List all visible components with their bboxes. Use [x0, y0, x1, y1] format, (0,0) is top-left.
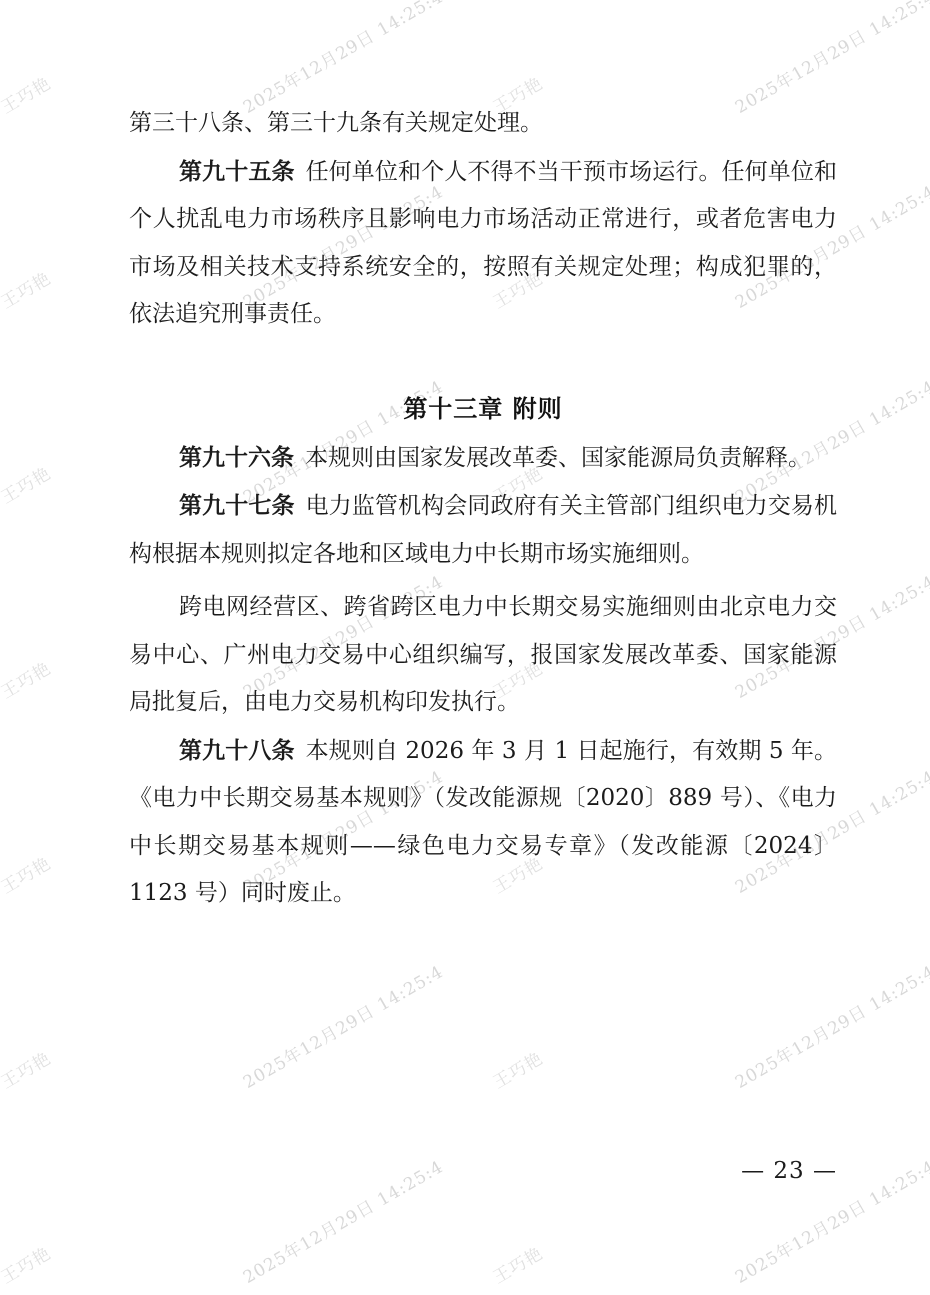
- watermark-name: 王巧艳: [0, 459, 55, 508]
- article-number: 第九十六条: [179, 444, 294, 471]
- watermark-name: 王巧艳: [488, 1044, 547, 1093]
- page-number: — 23 —: [741, 1158, 837, 1184]
- implementation-paragraph: 跨电网经营区、跨省跨区电力中长期交易实施细则由北京电力交易中心、广州电力交易中心…: [129, 584, 837, 727]
- article-number: 第九十七条: [179, 492, 295, 519]
- paragraph-text: 第三十八条、第三十九条有关规定处理。: [129, 110, 543, 136]
- watermark-timestamp: 2025年12月29日 14:25:4: [238, 958, 447, 1093]
- watermark-timestamp: 2025年12月29日 14:25:4: [238, 1153, 447, 1288]
- article-95-paragraph: 第九十五条任何单位和个人不得不当干预市场运行。任何单位和个人扰乱电力市场秩序且影…: [129, 148, 837, 339]
- watermark-name: 王巧艳: [488, 1239, 547, 1288]
- document-page: 王巧艳2025年12月29日 14:25:4王巧艳2025年12月29日 14:…: [0, 0, 930, 1295]
- watermark-name: 王巧艳: [0, 654, 55, 703]
- article-96-paragraph: 第九十六条本规则由国家发展改革委、国家能源局负责解释。: [129, 434, 837, 483]
- watermark-name: 王巧艳: [0, 849, 55, 898]
- chapter-heading: 第十三章 附则: [129, 386, 837, 434]
- watermark-name: 王巧艳: [0, 1044, 55, 1093]
- paragraph-text: 本规则由国家发展改革委、国家能源局负责解释。: [305, 445, 811, 471]
- continuation-paragraph: 第三十八条、第三十九条有关规定处理。: [129, 100, 837, 148]
- watermark-name: 王巧艳: [0, 69, 55, 118]
- watermark-timestamp: 2025年12月29日 14:25:4: [730, 958, 930, 1093]
- article-97-paragraph: 第九十七条电力监管机构会同政府有关主管部门组织电力交易机构根据本规则拟定各地和区…: [129, 482, 837, 578]
- document-body: 第三十八条、第三十九条有关规定处理。 第九十五条任何单位和个人不得不当干预市场运…: [129, 100, 837, 918]
- article-98-paragraph: 第九十八条本规则自 2026 年 3 月 1 日起施行，有效期 5 年。《电力中…: [129, 727, 837, 918]
- article-number: 第九十五条: [179, 158, 295, 185]
- watermark-name: 王巧艳: [0, 264, 55, 313]
- watermark-name: 王巧艳: [0, 1239, 55, 1288]
- article-number: 第九十八条: [179, 737, 295, 764]
- paragraph-text: 跨电网经营区、跨省跨区电力中长期交易实施细则由北京电力交易中心、广州电力交易中心…: [129, 594, 837, 715]
